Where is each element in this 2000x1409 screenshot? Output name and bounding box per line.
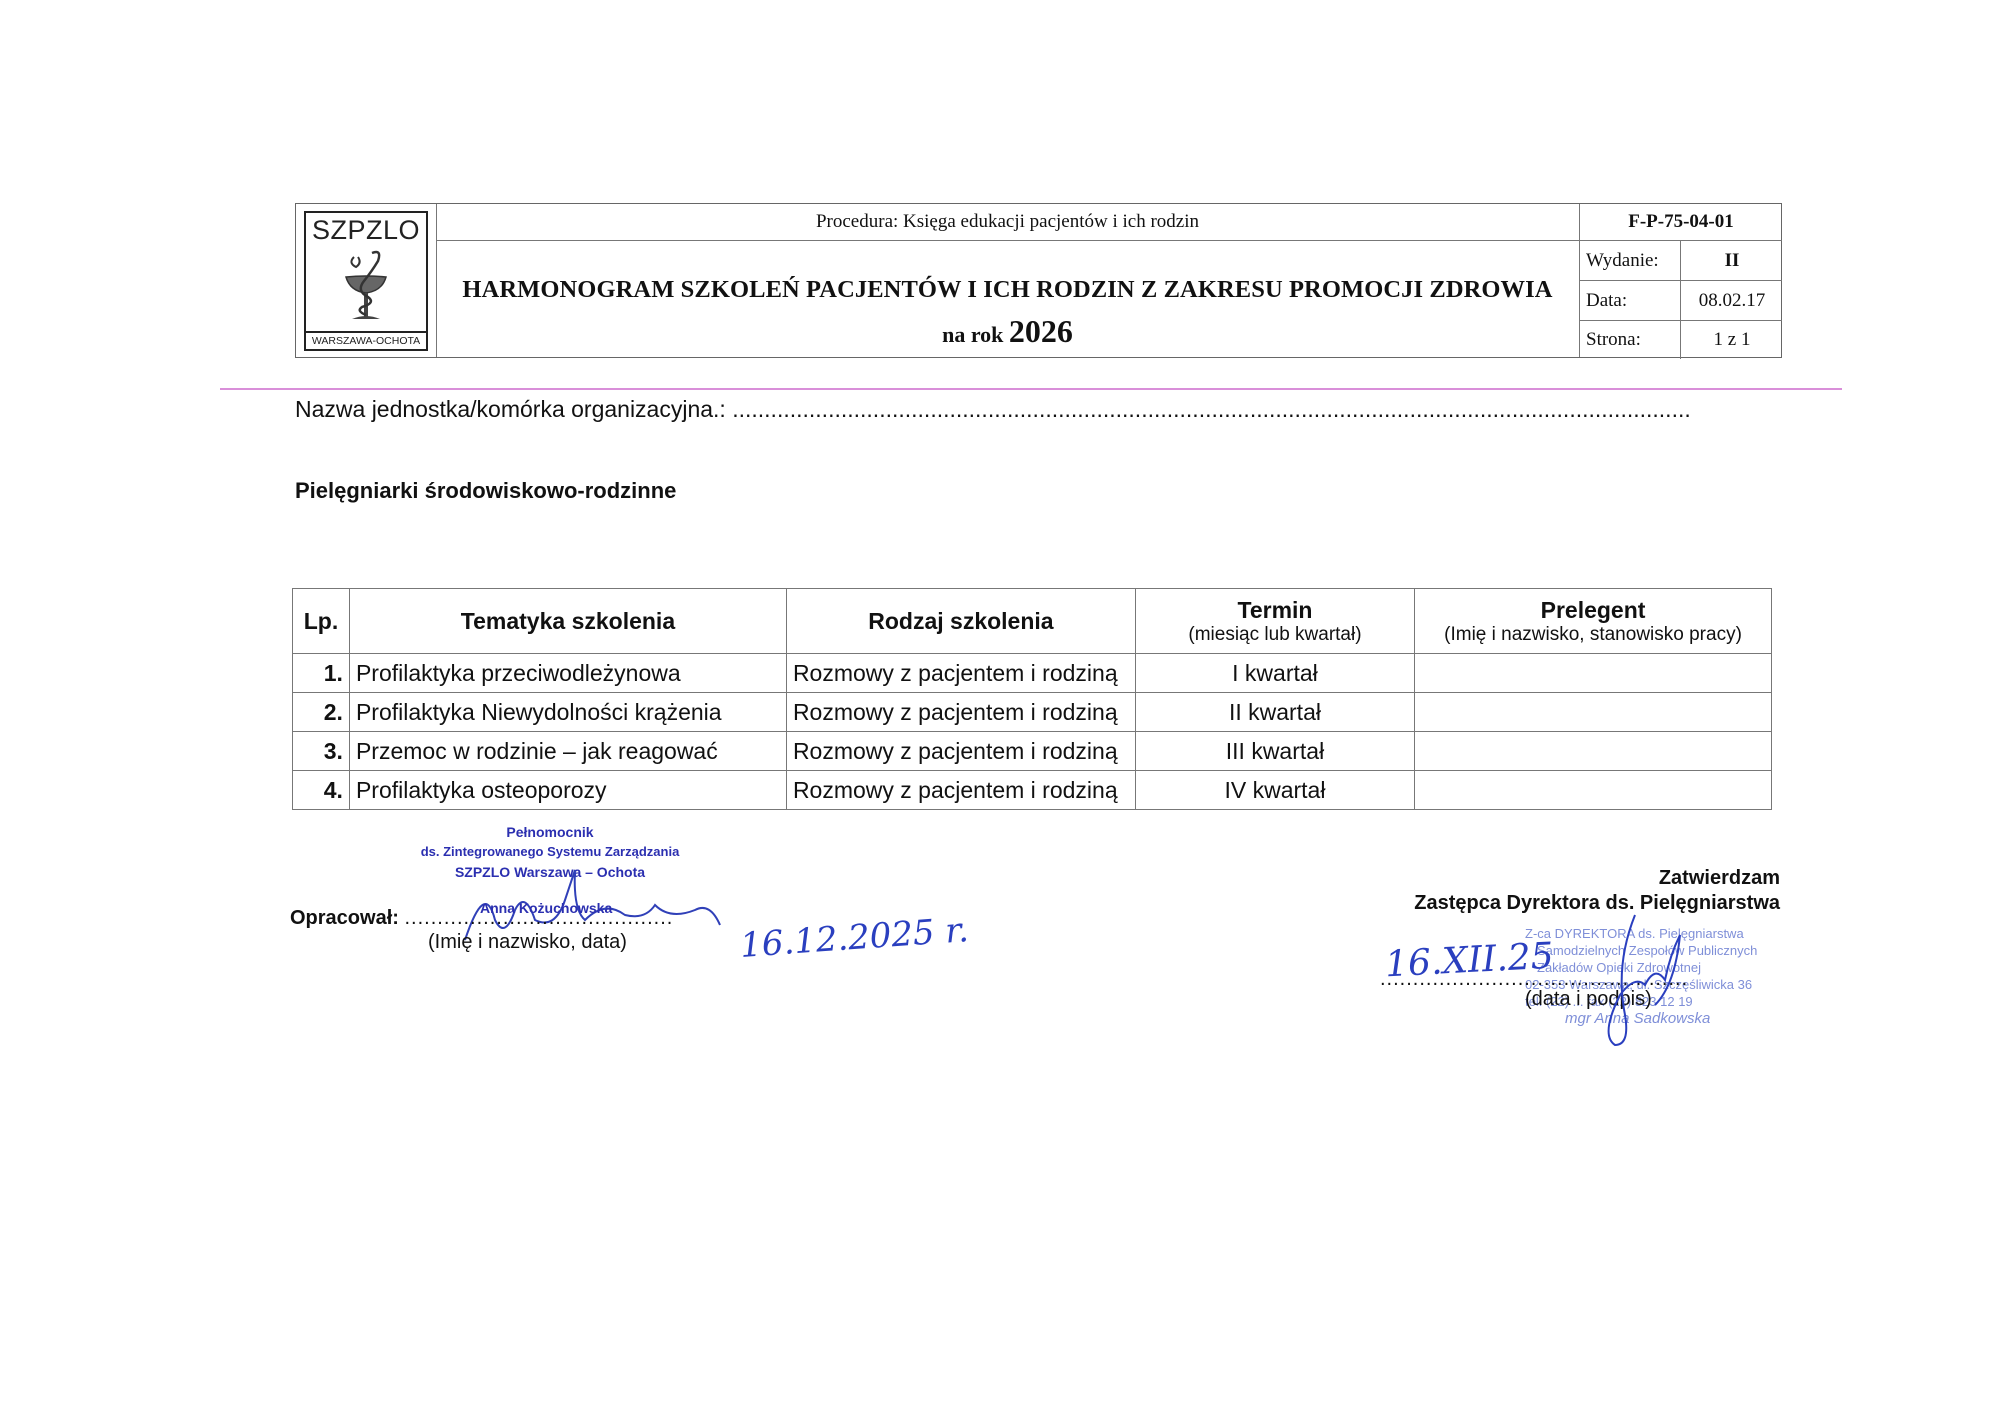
training-schedule-table: Lp. Tematyka szkolenia Rodzaj szkolenia …	[292, 588, 1772, 810]
column-header-term: Termin(miesiąc lub kwartał)	[1135, 589, 1414, 654]
cell-type: Rozmowy z pacjentem i rodziną	[786, 771, 1135, 810]
column-header-label: Tematyka szkolenia	[461, 608, 675, 634]
column-header-type: Rodzaj szkolenia	[786, 589, 1135, 654]
meta-row-date: Data: 08.02.17	[1580, 281, 1782, 321]
cell-speaker	[1415, 771, 1772, 810]
meta-row-edition: Wydanie: II	[1580, 241, 1782, 281]
logo-top-text: SZPZLO	[306, 215, 426, 246]
logo: SZPZLO WARSZAWA-OCHOTA	[304, 211, 428, 351]
prepared-by-label: Opracował:	[290, 907, 399, 929]
logo-bottom-text: WARSZAWA-OCHOTA	[306, 331, 426, 347]
cell-topic: Profilaktyka przeciwodleżynowa	[349, 654, 786, 693]
logo-cell: SZPZLO WARSZAWA-OCHOTA	[296, 204, 437, 357]
document-title: HARMONOGRAM SZKOLEŃ PACJENTÓW I ICH RODZ…	[436, 276, 1579, 304]
cell-lp: 1.	[293, 654, 350, 693]
cell-speaker	[1415, 732, 1772, 771]
table-header-row: Lp. Tematyka szkolenia Rodzaj szkolenia …	[293, 589, 1772, 654]
column-header-label: Rodzaj szkolenia	[868, 608, 1053, 634]
separator-rule	[220, 388, 1842, 390]
document-title-block: HARMONOGRAM SZKOLEŃ PACJENTÓW I ICH RODZ…	[436, 240, 1579, 357]
organizational-unit-line: Nazwa jednostka/komórka organizacyjna.: …	[295, 396, 1691, 423]
meta-value: 08.02.17	[1680, 281, 1783, 320]
cell-speaker	[1415, 654, 1772, 693]
prepared-by-name-stamp: Anna Kożuchowska	[480, 900, 612, 916]
procedure-name: Procedura: Księga edukacji pacjentów i i…	[436, 204, 1579, 241]
cell-lp: 2.	[293, 693, 350, 732]
signature-approval-icon	[1585, 905, 1695, 1055]
cell-type: Rozmowy z pacjentem i rodziną	[786, 654, 1135, 693]
cell-term: IV kwartał	[1135, 771, 1414, 810]
cell-lp: 3.	[293, 732, 350, 771]
bowl-of-hygieia-icon	[342, 247, 390, 325]
column-header-label: Prelegent	[1541, 597, 1646, 623]
cell-topic: Przemoc w rodzinie – jak reagować	[349, 732, 786, 771]
meta-value: 1 z 1	[1680, 320, 1783, 359]
document-header: SZPZLO WARSZAWA-OCHOTA Procedura: Księga…	[295, 203, 1782, 358]
cell-speaker	[1415, 693, 1772, 732]
approval-heading: Zatwierdzam	[1300, 866, 1780, 891]
document-code: F-P-75-04-01	[1580, 204, 1782, 241]
meta-value: II	[1680, 241, 1783, 280]
table-row: 1. Profilaktyka przeciwodleżynowa Rozmow…	[293, 654, 1772, 693]
prepared-by-caption: (Imię i nazwisko, data)	[428, 931, 627, 954]
column-header-sublabel: (Imię i nazwisko, stanowisko pracy)	[1421, 624, 1765, 646]
prepared-by-handwritten-date: 16.12.2025 r.	[739, 910, 970, 966]
cell-type: Rozmowy z pacjentem i rodziną	[786, 732, 1135, 771]
organizational-unit-label: Nazwa jednostka/komórka organizacyjna.:	[295, 396, 726, 422]
column-header-speaker: Prelegent(Imię i nazwisko, stanowisko pr…	[1415, 589, 1772, 654]
column-header-label: Termin	[1237, 597, 1312, 623]
cell-topic: Profilaktyka Niewydolności krążenia	[349, 693, 786, 732]
year-prefix: na rok	[942, 322, 1003, 347]
meta-row-page: Strona: 1 z 1	[1580, 320, 1782, 359]
cell-topic: Profilaktyka osteoporozy	[349, 771, 786, 810]
cell-term: I kwartał	[1135, 654, 1414, 693]
column-header-sublabel: (miesiąc lub kwartał)	[1142, 624, 1408, 646]
document-meta: F-P-75-04-01 Wydanie: II Data: 08.02.17 …	[1579, 204, 1782, 357]
cell-lp: 4.	[293, 771, 350, 810]
column-header-topic: Tematyka szkolenia	[349, 589, 786, 654]
table-row: 2. Profilaktyka Niewydolności krążenia R…	[293, 693, 1772, 732]
column-header-lp: Lp.	[293, 589, 350, 654]
approval-block: Zatwierdzam Zastępca Dyrektora ds. Pielę…	[1300, 866, 1780, 916]
meta-label: Data:	[1586, 281, 1627, 320]
table-row: 4. Profilaktyka osteoporozy Rozmowy z pa…	[293, 771, 1772, 810]
document-year-line: na rok 2026	[436, 313, 1579, 350]
year-value: 2026	[1009, 313, 1073, 349]
meta-label: Strona:	[1586, 320, 1641, 359]
cell-type: Rozmowy z pacjentem i rodziną	[786, 693, 1135, 732]
stamp-line: Pełnomocnik	[380, 822, 720, 842]
stamp-line: ds. Zintegrowanego Systemu Zarządzania	[380, 842, 720, 862]
meta-label: Wydanie:	[1586, 241, 1659, 280]
section-title: Pielęgniarki środowiskowo-rodzinne	[295, 478, 676, 504]
table-row: 3. Przemoc w rodzinie – jak reagować Roz…	[293, 732, 1772, 771]
column-header-label: Lp.	[304, 608, 339, 634]
approval-role: Zastępca Dyrektora ds. Pielęgniarstwa	[1300, 891, 1780, 916]
cell-term: II kwartał	[1135, 693, 1414, 732]
cell-term: III kwartał	[1135, 732, 1414, 771]
organizational-unit-field[interactable]: ........................................…	[732, 396, 1691, 422]
